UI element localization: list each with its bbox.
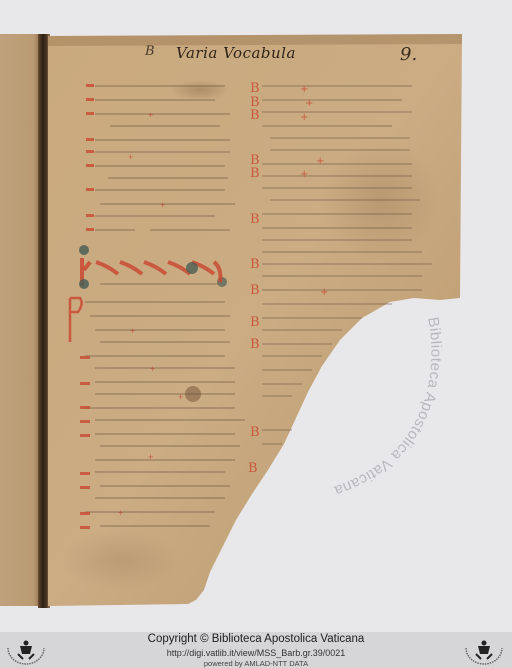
source-url-link[interactable]: http://digi.vatlib.it/view/MSS_Barb.gr.3… [0, 648, 512, 658]
footer-bar: Copyright © Biblioteca Apostolica Vatica… [0, 632, 512, 668]
svg-text:B: B [250, 81, 260, 96]
svg-text:B: B [250, 166, 260, 181]
svg-text:+: + [118, 508, 123, 518]
svg-text:+: + [300, 84, 308, 95]
folio-number: 9. [400, 44, 417, 65]
svg-text:B: B [250, 337, 260, 352]
image-viewer[interactable]: +++ +++ ++ BBB BBB [0, 0, 512, 632]
svg-text:+: + [148, 110, 153, 120]
manuscript-image: +++ +++ ++ BBB BBB [0, 0, 512, 632]
svg-text:B: B [250, 108, 260, 123]
svg-text:+: + [305, 98, 313, 109]
header-annotation: Varia Vocabula [176, 44, 296, 62]
svg-text:B: B [250, 315, 260, 330]
left-facing-page [0, 34, 42, 606]
vatican-seal-icon [462, 634, 506, 666]
svg-text:+: + [148, 452, 153, 462]
svg-text:+: + [128, 152, 133, 162]
svg-text:+: + [160, 200, 165, 210]
svg-text:B: B [250, 425, 260, 440]
left-margin-mark: B [145, 44, 155, 59]
svg-text:B: B [250, 257, 260, 272]
copyright-text: Copyright © Biblioteca Apostolica Vatica… [0, 633, 512, 645]
svg-text:+: + [150, 364, 155, 374]
svg-text:+: + [300, 112, 308, 123]
svg-text:+: + [316, 156, 324, 167]
svg-text:+: + [300, 169, 308, 180]
svg-text:+: + [178, 392, 183, 402]
svg-text:B: B [248, 461, 258, 476]
svg-text:+: + [320, 287, 328, 298]
svg-text:B: B [250, 212, 260, 227]
svg-text:B: B [250, 283, 260, 298]
svg-text:+: + [130, 326, 135, 336]
powered-by-text: powered by AMLAD-NTT DATA [0, 659, 512, 668]
